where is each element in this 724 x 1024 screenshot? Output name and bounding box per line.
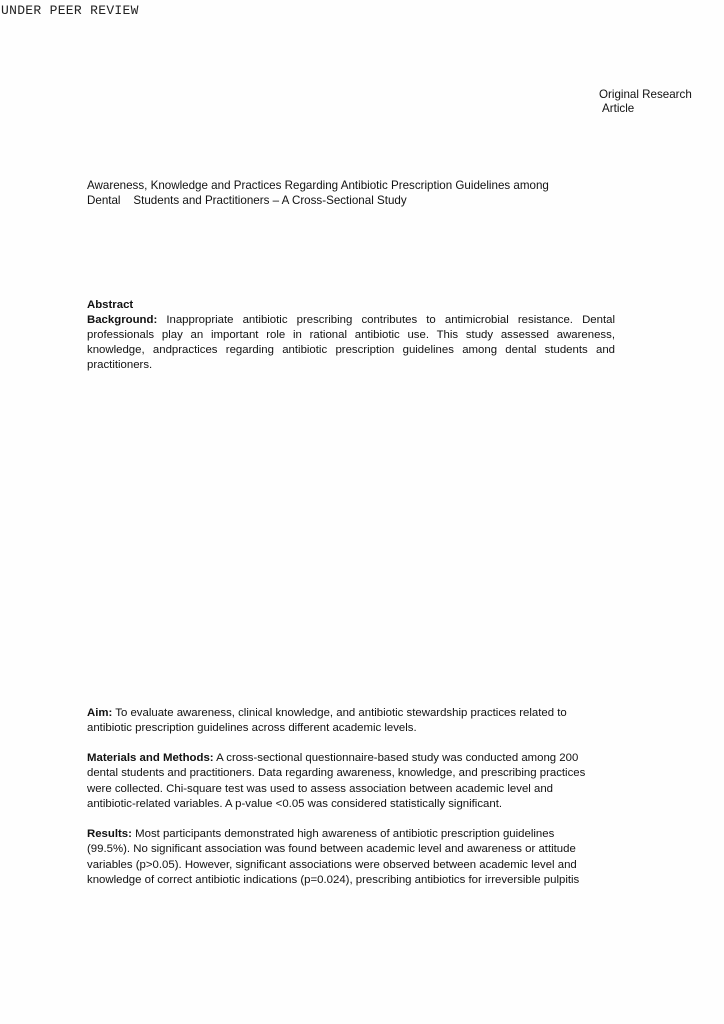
methods-section: Materials and Methods: A cross-sectional… (87, 751, 627, 813)
article-type-line-1: Original Research (599, 88, 692, 102)
methods-line-1: Materials and Methods: A cross-sectional… (87, 751, 627, 766)
results-line-3: variables (p>0.05). However, significant… (87, 858, 627, 873)
aim-section: Aim: To evaluate awareness, clinical kno… (87, 706, 627, 737)
background-text: Inappropriate antibiotic prescribing con… (87, 314, 615, 371)
aim-text-1: To evaluate awareness, clinical knowledg… (112, 707, 566, 719)
abstract-background-section: Abstract Background: Inappropriate antib… (87, 298, 615, 373)
results-section: Results: Most participants demonstrated … (87, 827, 627, 889)
results-line-4: knowledge of correct antibiotic indicati… (87, 873, 627, 888)
methods-label: Materials and Methods: (87, 752, 214, 764)
paper-title: Awareness, Knowledge and Practices Regar… (87, 178, 647, 208)
results-line-2: (99.5%). No significant association was … (87, 842, 627, 857)
abstract-heading: Abstract (87, 298, 615, 313)
results-text-1: Most participants demonstrated high awar… (132, 828, 554, 840)
results-line-1: Results: Most participants demonstrated … (87, 827, 627, 842)
aim-line-2: antibiotic prescription guidelines acros… (87, 721, 627, 736)
methods-text-1: A cross-sectional questionnaire-based st… (214, 752, 579, 764)
article-type-line-2: Article (599, 102, 692, 116)
aim-line-1: Aim: To evaluate awareness, clinical kno… (87, 706, 627, 721)
paper-title-line-1: Awareness, Knowledge and Practices Regar… (87, 178, 647, 193)
methods-line-2: dental students and practitioners. Data … (87, 766, 627, 781)
peer-review-watermark: UNDER PEER REVIEW (1, 3, 139, 19)
article-type: Original Research Article (599, 88, 692, 116)
methods-line-4: antibiotic-related variables. A p-value … (87, 797, 627, 812)
paper-title-line-2: Dental Students and Practitioners – A Cr… (87, 193, 647, 208)
results-label: Results: (87, 828, 132, 840)
background-label: Background: (87, 314, 157, 326)
aim-label: Aim: (87, 707, 112, 719)
methods-line-3: were collected. Chi-square test was used… (87, 782, 627, 797)
